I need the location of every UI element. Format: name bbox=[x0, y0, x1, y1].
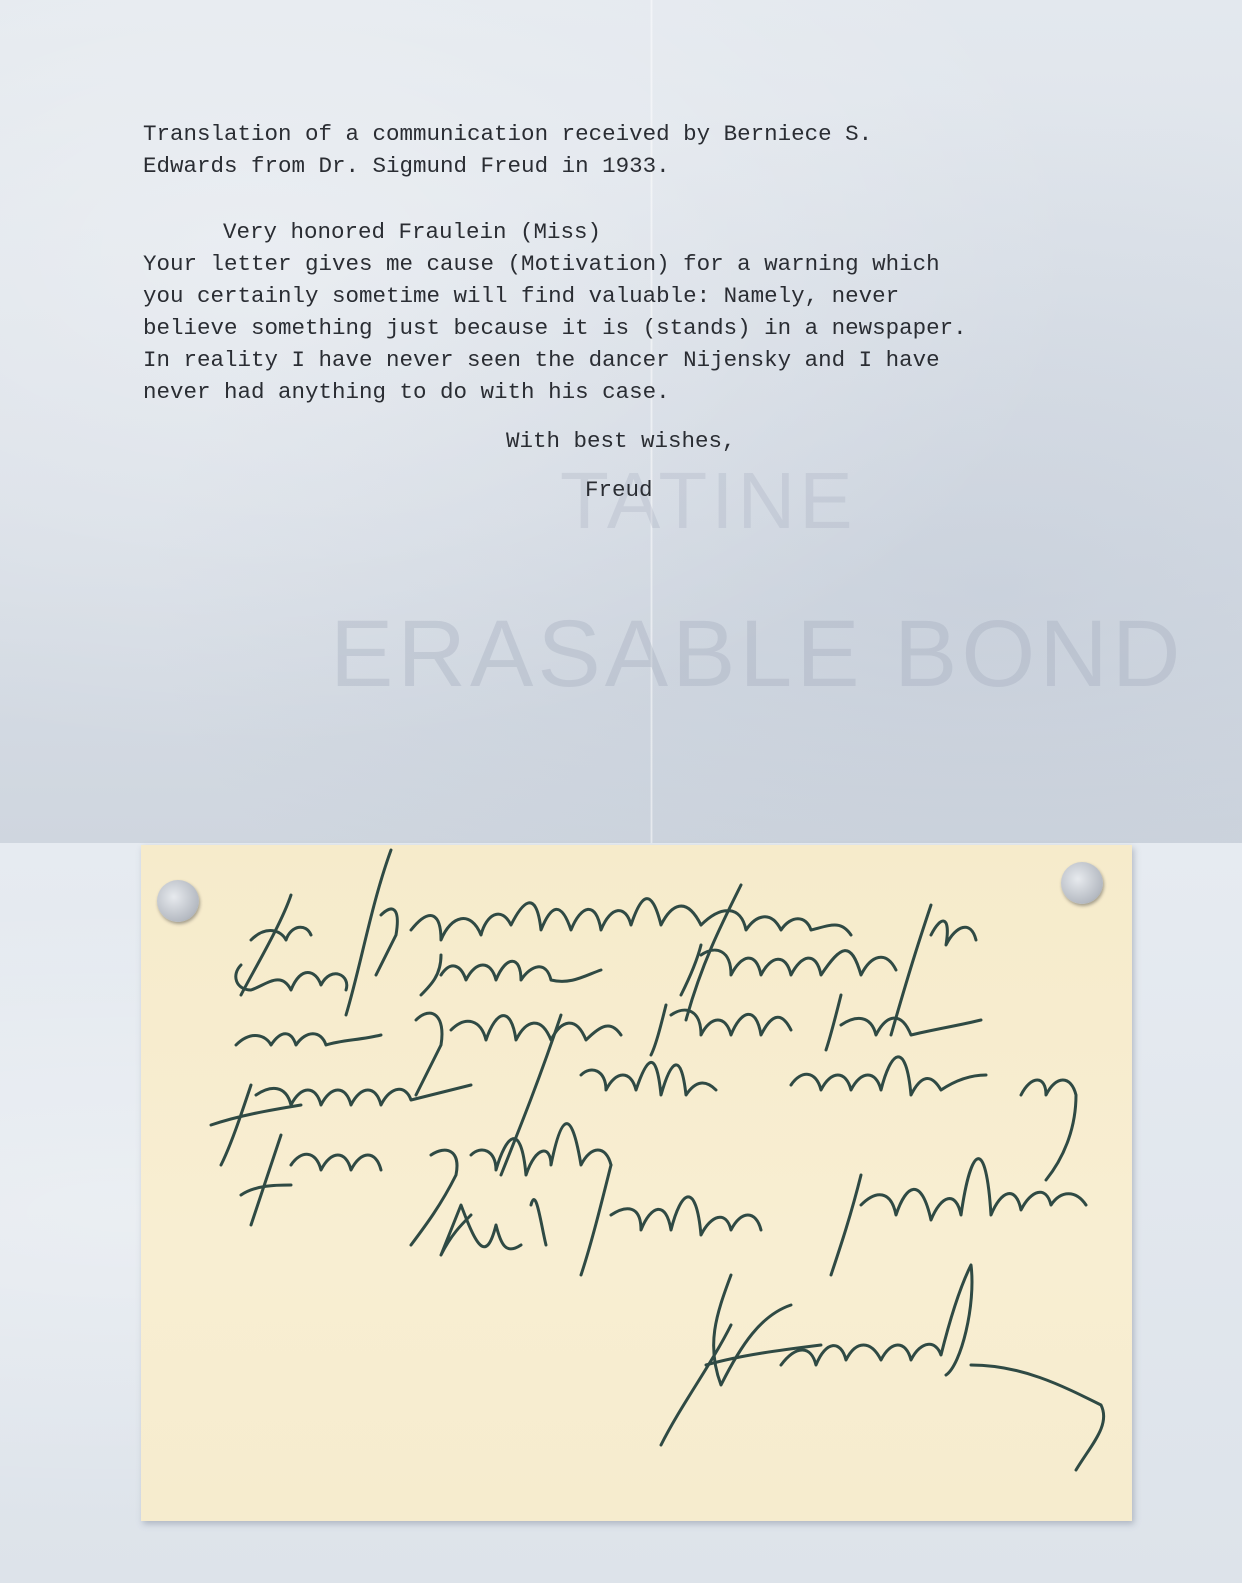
handwritten-script-icon bbox=[141, 845, 1132, 1521]
typed-signature: Freud bbox=[585, 477, 653, 503]
heading-line-2: Edwards from Dr. Sigmund Freud in 1933. bbox=[143, 150, 1123, 182]
typed-letter: Translation of a communication received … bbox=[143, 118, 1123, 408]
handwritten-card bbox=[141, 845, 1132, 1521]
watermark-erasable-bond: ERASABLE BOND bbox=[330, 600, 1160, 709]
body-line-3: believe something just because it is (st… bbox=[143, 312, 1123, 344]
salutation: Very honored Fraulein (Miss) bbox=[143, 216, 1123, 248]
heading-line-1: Translation of a communication received … bbox=[143, 118, 1123, 150]
closing: With best wishes, bbox=[506, 428, 736, 454]
body-line-2: you certainly sometime will find valuabl… bbox=[143, 280, 1123, 312]
body-line-4: In reality I have never seen the dancer … bbox=[143, 344, 1123, 376]
body-line-5: never had anything to do with his case. bbox=[143, 376, 1123, 408]
body-line-1: Your letter gives me cause (Motivation) … bbox=[143, 248, 1123, 280]
